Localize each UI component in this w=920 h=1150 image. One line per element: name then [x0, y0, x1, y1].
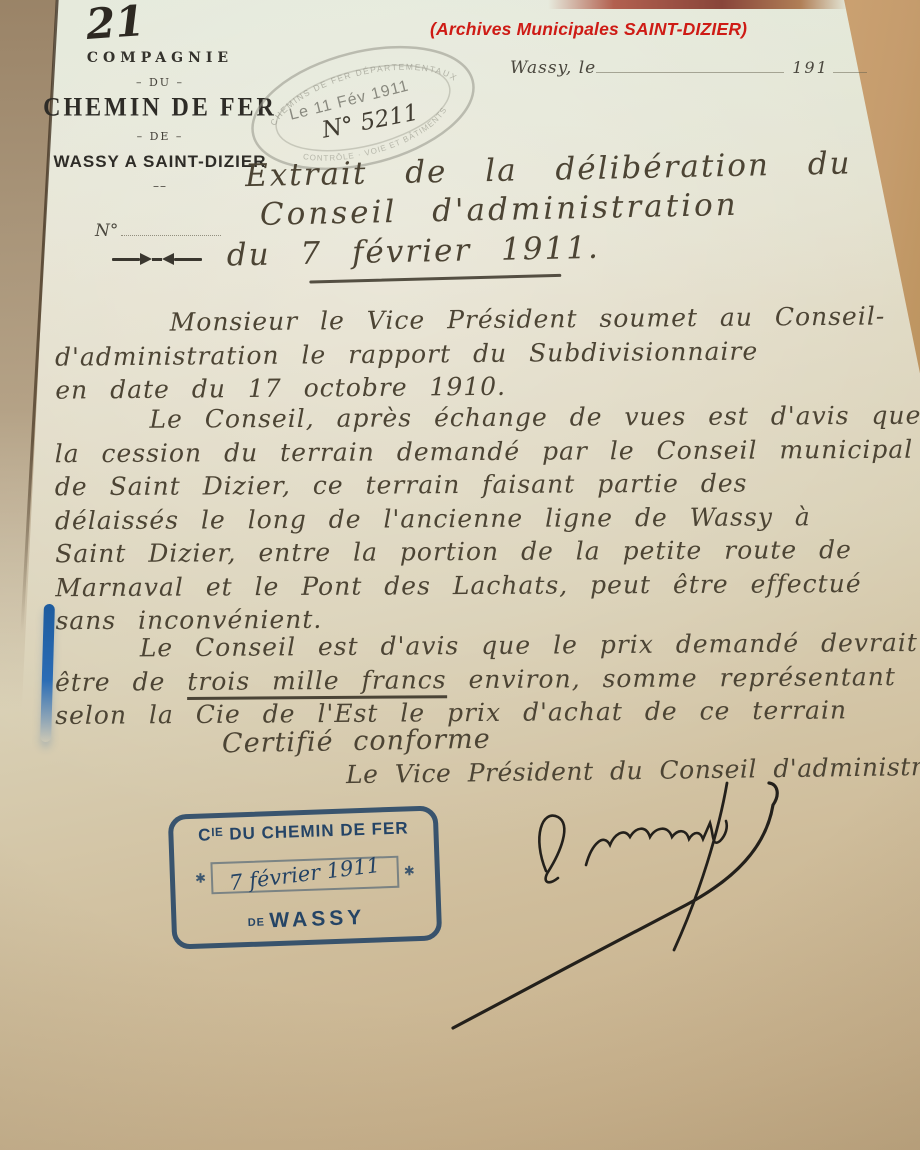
body-paragraph-3: Le Conseil est d'avis que le prix demand… — [55, 626, 901, 732]
price-prefix: être de — [55, 667, 187, 697]
heading-line-3: du 7 février 1911. — [226, 224, 853, 273]
dateline-rule-2 — [833, 72, 867, 73]
body-line: délaissés le long de l'ancienne ligne de… — [55, 499, 900, 537]
dateline-rule — [596, 72, 784, 73]
page-number-handwritten: 21 — [84, 0, 146, 49]
body-line: Le Conseil est d'avis que le prix demand… — [55, 626, 900, 665]
company-stamp-date: 7 février 1911 — [228, 853, 381, 895]
document-photo: 21 (Archives Municipales SAINT-DIZIER) C… — [0, 0, 920, 1150]
numero-rule — [121, 235, 221, 236]
price-underlined: trois mille francs — [187, 665, 447, 700]
price-suffix: environ, somme représentant — [446, 662, 896, 694]
company-stamp-date-row: ✱ 7 février 1911 ✱ — [195, 855, 416, 895]
company-stamp-de: DE — [248, 916, 266, 929]
heading-underline — [309, 274, 561, 284]
body-line: Saint Dizier, entre la portion de la pet… — [55, 533, 900, 571]
body-paragraph-1: Monsieur le Vice Président soumet au Con… — [55, 299, 901, 407]
numero-label: N° — [95, 221, 118, 241]
railroad-divider-icon — [112, 253, 202, 265]
signature-autograph — [428, 775, 793, 1040]
body-line: de Saint Dizier, ce terrain faisant part… — [55, 466, 900, 504]
blue-margin-mark — [40, 604, 55, 742]
document-heading: Extrait de la délibération du Conseil d'… — [225, 145, 854, 284]
dateline-place: Wassy, le — [510, 58, 596, 78]
company-stamp-title: Cᴵᴱ DU CHEMIN DE FER — [198, 818, 409, 845]
body-paragraph-2: Le Conseil, après échange de vues est d'… — [54, 399, 900, 638]
company-stamp-datebox: 7 février 1911 — [210, 856, 399, 895]
dateline: Wassy, le 191 — [510, 58, 867, 78]
top-page-remnant — [548, 0, 848, 9]
dateline-year: 191 — [792, 58, 829, 77]
company-stamp-city-row: DE WASSY — [247, 906, 365, 934]
body-line: Marnaval et le Pont des Lachats, peut êt… — [55, 566, 900, 604]
numero-line: N° — [95, 221, 221, 241]
stamp-star-icon: ✱ — [195, 871, 206, 886]
certify-line: Certifié conforme — [222, 724, 491, 760]
body-line: Le Conseil, après échange de vues est d'… — [54, 399, 899, 437]
company-stamp: Cᴵᴱ DU CHEMIN DE FER ✱ 7 février 1911 ✱ … — [168, 805, 443, 949]
stamp-star-icon: ✱ — [404, 864, 415, 879]
body-line: la cession du terrain demandé par le Con… — [55, 432, 900, 470]
company-stamp-city: WASSY — [269, 906, 366, 932]
